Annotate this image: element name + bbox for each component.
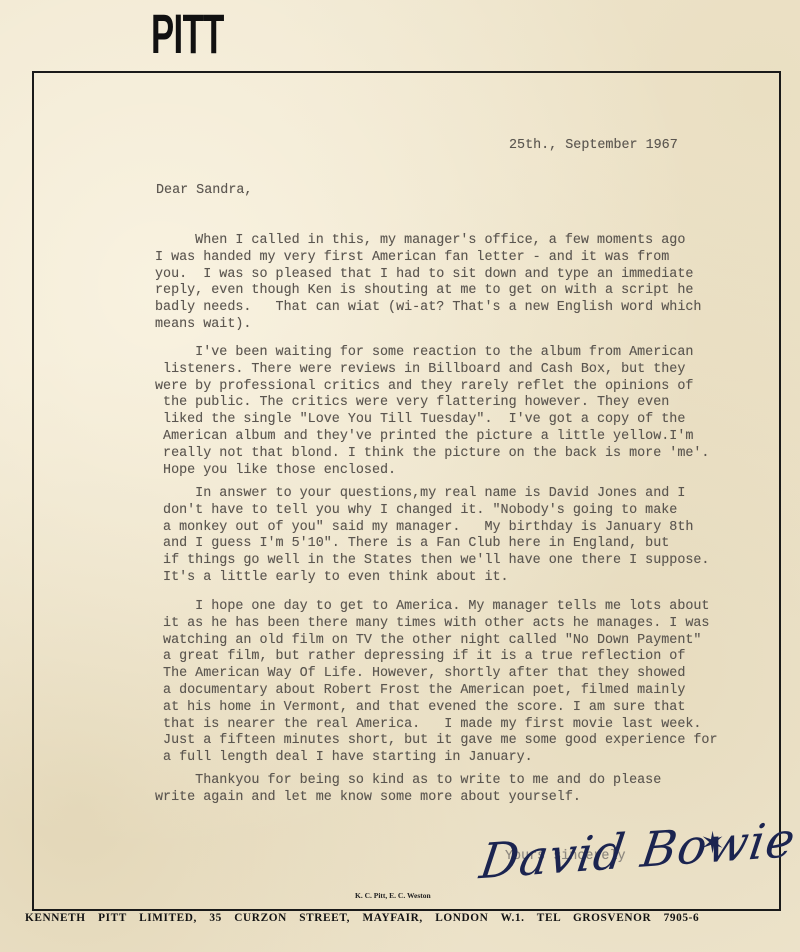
letter-date: 25th., September 1967 [509,138,678,155]
letterhead-footer-address: KENNETH PITT LIMITED, 35 CURZON STREET, … [25,912,785,924]
pitt-logo: PITT [151,6,224,62]
directors-line: K. C. Pitt, E. C. Weston [355,891,431,900]
signature-star-icon: ✶ [700,826,725,861]
salutation: Dear Sandra, [156,183,252,200]
paragraph-2: I've been waiting for some reaction to t… [155,345,709,479]
paragraph-3: In answer to your questions,my real name… [155,486,709,587]
paragraph-4: I hope one day to get to America. My man… [155,599,718,767]
paragraph-5: Thankyou for being so kind as to write t… [155,773,661,807]
paragraph-1: When I called in this, my manager's offi… [155,233,701,334]
